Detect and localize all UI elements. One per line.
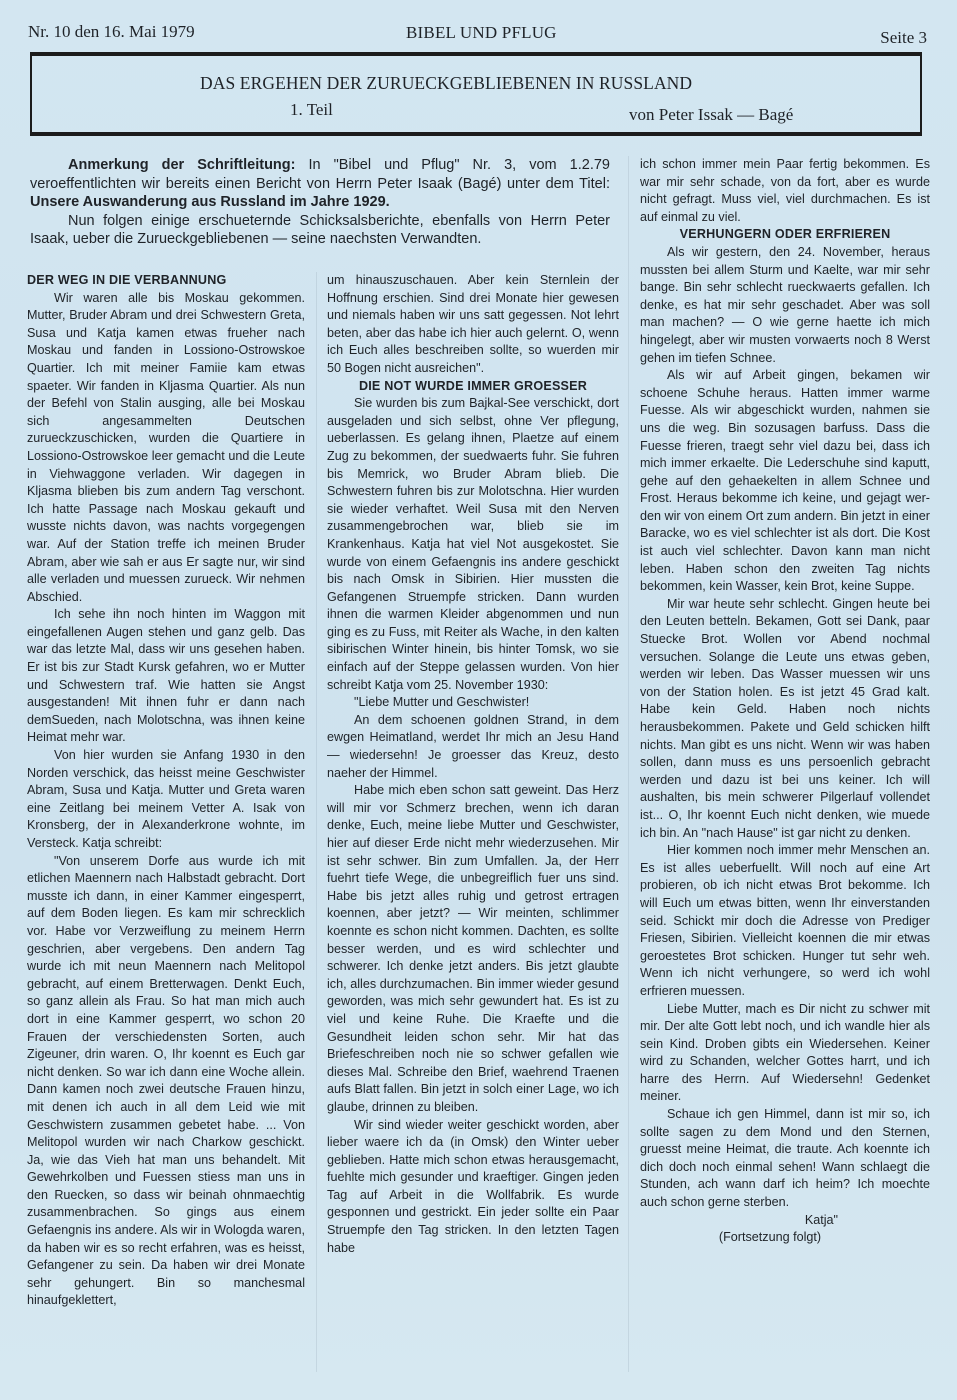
body-paragraph: Habe mich eben schon satt geweint. Das H… bbox=[327, 782, 619, 1116]
article-column-2: um hinauszuschauen. Aber kein Sternlein … bbox=[327, 272, 619, 1257]
column-divider bbox=[628, 156, 629, 1372]
editor-note-paragraph-2: Nun folgen einige erschueternde Schicksa… bbox=[30, 212, 610, 249]
article-part: 1. Teil bbox=[290, 100, 333, 120]
body-paragraph: um hinauszuschauen. Aber kein Sternlein … bbox=[327, 272, 619, 378]
article-title: DAS ERGEHEN DER ZURUECKGEBLIEBENEN IN RU… bbox=[200, 73, 692, 94]
body-paragraph: Als wir auf Arbeit gingen, bekamen wir s… bbox=[640, 367, 930, 596]
body-paragraph: An dem schoenen goldnen Strand, in dem e… bbox=[327, 712, 619, 782]
article-header-box: DAS ERGEHEN DER ZURUECKGEBLIEBENEN IN RU… bbox=[30, 52, 922, 136]
body-paragraph: Als wir gestern, den 24. November, he­ra… bbox=[640, 244, 930, 367]
editor-note-referenced-title: Unsere Auswanderung aus Russland im Jahr… bbox=[30, 194, 390, 210]
body-paragraph: Liebe Mutter, mach es Dir nicht zu schwe… bbox=[640, 1001, 930, 1107]
article-column-1: DER WEG IN DIE VERBANNUNG Wir waren alle… bbox=[27, 272, 305, 1310]
column-divider bbox=[316, 272, 317, 1372]
article-column-3: ich schon immer mein Paar fertig bekomme… bbox=[640, 156, 930, 1247]
body-paragraph: ich schon immer mein Paar fertig bekomme… bbox=[640, 156, 930, 226]
letter-salutation: "Liebe Mutter und Geschwister! bbox=[327, 694, 619, 712]
masthead: Nr. 10 den 16. Mai 1979 BIBEL UND PFLUG … bbox=[28, 22, 927, 46]
body-paragraph: Von hier wurden sie Anfang 1930 in den N… bbox=[27, 747, 305, 853]
newspaper-name: BIBEL UND PFLUG bbox=[406, 23, 557, 43]
issue-date: Nr. 10 den 16. Mai 1979 bbox=[28, 22, 195, 42]
editor-note-paragraph: Anmerkung der Schriftleitung: In "Bibel … bbox=[30, 156, 610, 212]
body-paragraph: Schaue ich gen Himmel, dann ist mir so, … bbox=[640, 1106, 930, 1212]
article-author: von Peter Issak — Bagé bbox=[629, 105, 793, 125]
body-paragraph: Ich sehe ihn noch hinten im Waggon mit e… bbox=[27, 606, 305, 747]
body-paragraph: "Von unserem Dorfe aus wurde ich mit etl… bbox=[27, 853, 305, 1310]
body-paragraph: Wir sind wieder weiter geschickt wor­den… bbox=[327, 1117, 619, 1258]
section-heading: VERHUNGERN ODER ERFRIEREN bbox=[640, 226, 930, 244]
newspaper-page: Nr. 10 den 16. Mai 1979 BIBEL UND PFLUG … bbox=[0, 0, 957, 1400]
editor-note: Anmerkung der Schriftleitung: In "Bibel … bbox=[30, 156, 610, 249]
letter-signature: Katja" bbox=[640, 1212, 930, 1230]
body-paragraph: Mir war heute sehr schlecht. Gingen heut… bbox=[640, 596, 930, 842]
editor-note-label: Anmerkung der Schriftleitung: bbox=[68, 157, 295, 173]
body-paragraph: Sie wurden bis zum Bajkal-See verschickt… bbox=[327, 395, 619, 694]
continuation-note: (Fortsetzung folgt) bbox=[640, 1229, 930, 1247]
section-heading: DIE NOT WURDE IMMER GROESSER bbox=[327, 378, 619, 396]
page-number: Seite 3 bbox=[880, 28, 927, 48]
body-paragraph: Wir waren alle bis Moskau gekommen. Mutt… bbox=[27, 290, 305, 607]
body-paragraph: Hier kommen noch immer mehr Menschen an.… bbox=[640, 842, 930, 1000]
section-heading: DER WEG IN DIE VERBANNUNG bbox=[27, 272, 305, 290]
